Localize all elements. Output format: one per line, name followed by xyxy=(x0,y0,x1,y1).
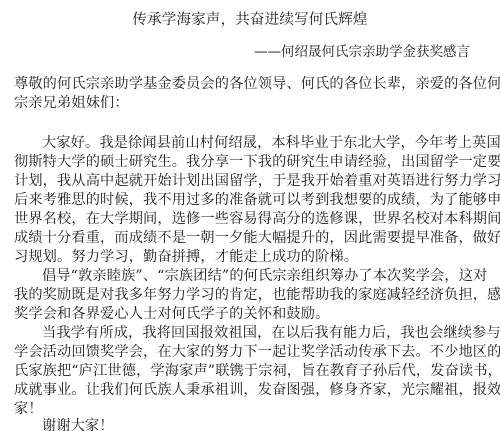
document-subtitle: ——何绍晟何氏宗亲助学金获奖感言 xyxy=(254,40,470,60)
body-text-line: 宗亲兄弟姐妹们： xyxy=(14,94,129,112)
body-text-line: 我的奖励既是对我多年努力学习的肯定，也能帮助我的家庭减轻经济负担，感谢 xyxy=(14,286,500,304)
body-text-line: 彻斯特大学的硕士研究生。我分享一下我的研究生申请经验，出国留学一定要有 xyxy=(14,153,500,171)
body-text-line: 计划，我从高中起就开始计划出国留学，于是我开始着重对英语进行努力学习， xyxy=(14,172,500,190)
body-text-line: 学会活动回馈奖学会，在大家的努力下一起让奖学活动传承下去。不少地区的何 xyxy=(14,343,500,361)
body-text-line: 倡导“敦亲睦族”、“宗族团结”的何氏宗亲组织筹办了本次奖学会，这对 xyxy=(42,267,487,285)
document-title: 传承学海家声，共奋进续写何氏辉煌 xyxy=(0,8,500,29)
body-text-line: 后来考雅思的时候，我不用过多的准备就可以考到我想要的成绩，为了能够申请 xyxy=(14,191,500,209)
body-text-line: 成就事业。让我们何氏族人秉承祖训，发奋图强，修身齐家，光宗耀祖，报效国 xyxy=(14,381,500,399)
body-text-line: 氏家族把“庐江世德，学海家声”联镌于宗祠，旨在教育子孙后代，发奋读书， xyxy=(14,362,500,380)
body-text-line: 谢谢大家！ xyxy=(42,417,114,431)
body-text-line: 家！ xyxy=(14,400,43,418)
document-page: 传承学海家声，共奋进续写何氏辉煌 ——何绍晟何氏宗亲助学金获奖感言 尊敬的何氏宗… xyxy=(0,0,500,431)
body-text-line: 尊敬的何氏宗亲助学基金委员会的各位领导、何氏的各位长辈，亲爱的各位何氏 xyxy=(14,75,500,93)
body-text-line: 当我学有所成，我将回国报效祖国，在以后我有能力后，我也会继续参与奖 xyxy=(42,324,500,342)
body-text-line: 大家好。我是徐闻县前山村何绍晟，本科毕业于东北大学，今年考上英国曼 xyxy=(42,134,500,152)
body-text-line: 世界名校，在大学期间，选修一些容易得高分的选修课，世界名校对本科期间的 xyxy=(14,210,500,228)
body-text-line: 习规划。努力学习，勤奋拼搏，才能走上成功的阶梯。 xyxy=(14,248,358,266)
body-text-line: 成绩十分看重，而成绩不是一朝一夕能大幅提升的，因此需要提早准备，做好学 xyxy=(14,229,500,247)
body-text-line: 奖学会和各界爱心人士对何氏学子的关怀和鼓励。 xyxy=(14,305,329,323)
